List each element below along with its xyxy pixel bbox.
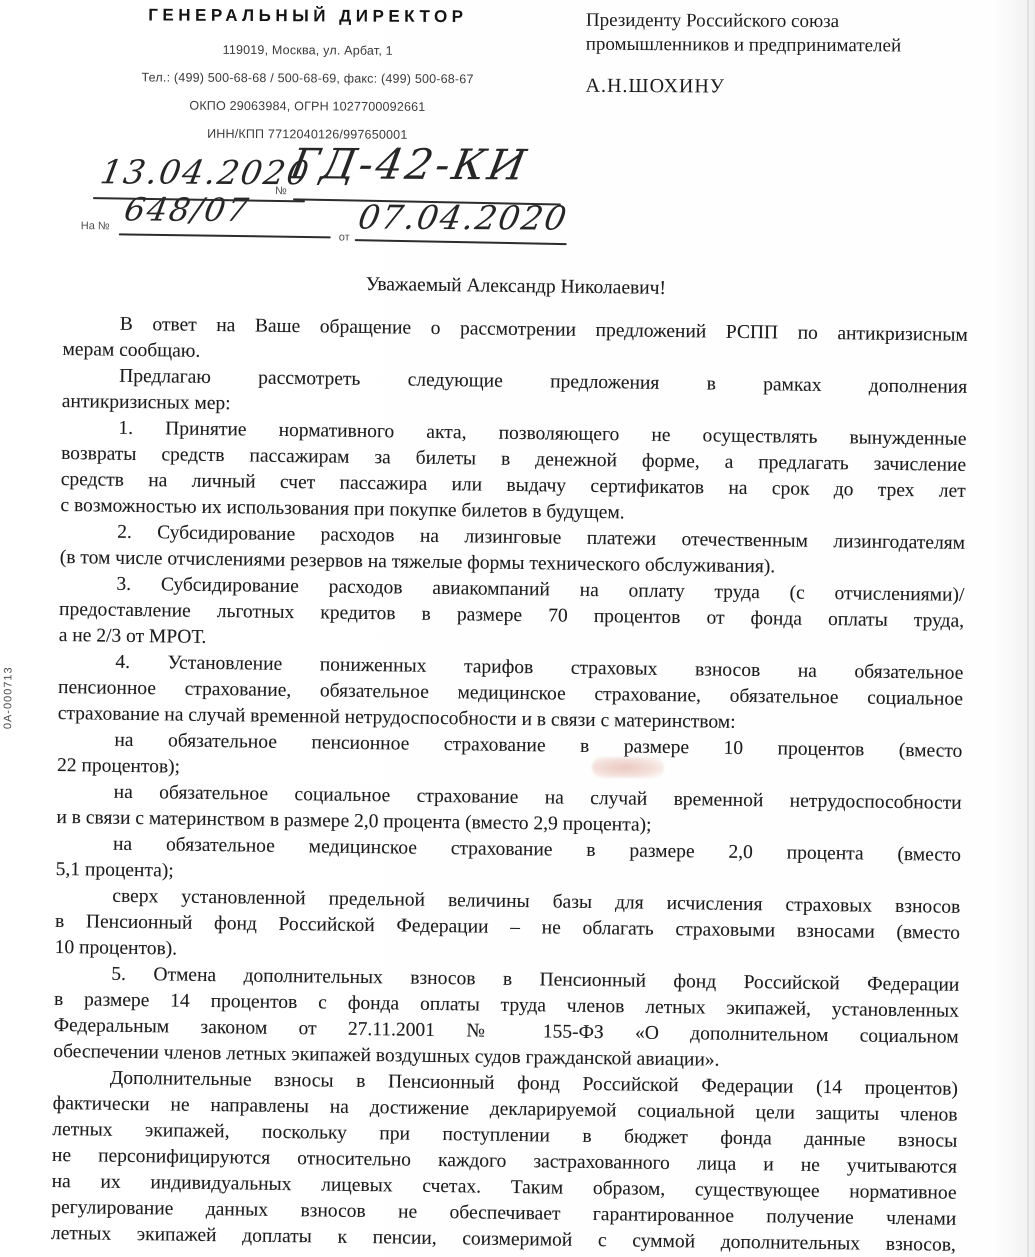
scanned-letter-page: ГЕНЕРАЛЬНЫЙ ДИРЕКТОР 119019, Москва, ул.… <box>0 0 1035 1257</box>
paragraph: сверх установленной предельной величины … <box>55 883 961 973</box>
scan-tilt-layer: ГЕНЕРАЛЬНЫЙ ДИРЕКТОР 119019, Москва, ул.… <box>0 0 1035 1257</box>
handwritten-letter-number: ГД-42-КИ <box>287 139 533 189</box>
recipient-org-line2: промышленников и предпринимателей <box>586 33 946 59</box>
sender-title: ГЕНЕРАЛЬНЫЙ ДИРЕКТОР <box>92 5 524 27</box>
handwritten-ref-number: 648/07 <box>121 190 252 229</box>
scan-edge-artifact <box>1027 0 1029 1257</box>
registration-block: 13.04.2020 № ГД-42-КИ На № 648/07 от 07.… <box>79 146 620 259</box>
recipient-block: Президенту Российского союза промышленни… <box>585 9 945 100</box>
ref-number-label: На № <box>81 220 110 232</box>
letterhead-sender: ГЕНЕРАЛЬНЫЙ ДИРЕКТОР 119019, Москва, ул.… <box>91 5 524 142</box>
sender-okpo-ogrn: ОКПО 29063984, ОГРН 1027700092661 <box>91 98 523 114</box>
number-label: № <box>275 185 287 197</box>
sender-address: 119019, Москва, ул. Арбат, 1 <box>92 42 524 58</box>
form-code-vertical: 0А-000713 <box>2 648 15 748</box>
ref-date-label: от <box>339 231 350 243</box>
paragraph: 3. Субсидирование расходов авиакомпаний … <box>59 571 965 661</box>
recipient-org-line1: Президенту Российского союза <box>586 9 946 35</box>
paragraph: 4. Установление пониженных тарифов страх… <box>58 649 964 739</box>
underline-ref-number <box>119 233 331 238</box>
paragraph: 5. Отмена дополнительных взносов в Пенси… <box>53 961 959 1077</box>
letter-body: Уважаемый Александр Николаевич! В ответ … <box>51 268 969 1257</box>
paragraph: Дополнительные взносы в Пенсионный фонд … <box>51 1065 958 1257</box>
salutation: Уважаемый Александр Николаевич! <box>63 268 968 306</box>
paragraph: 1. Принятие нормативного акта, позволяющ… <box>60 415 966 531</box>
underline-ref-date <box>355 239 567 245</box>
sender-phone: Тел.: (499) 500-68-68 / 500-68-69, факс:… <box>92 70 524 86</box>
recipient-name: А.Н.ШОХИНУ <box>585 74 945 100</box>
